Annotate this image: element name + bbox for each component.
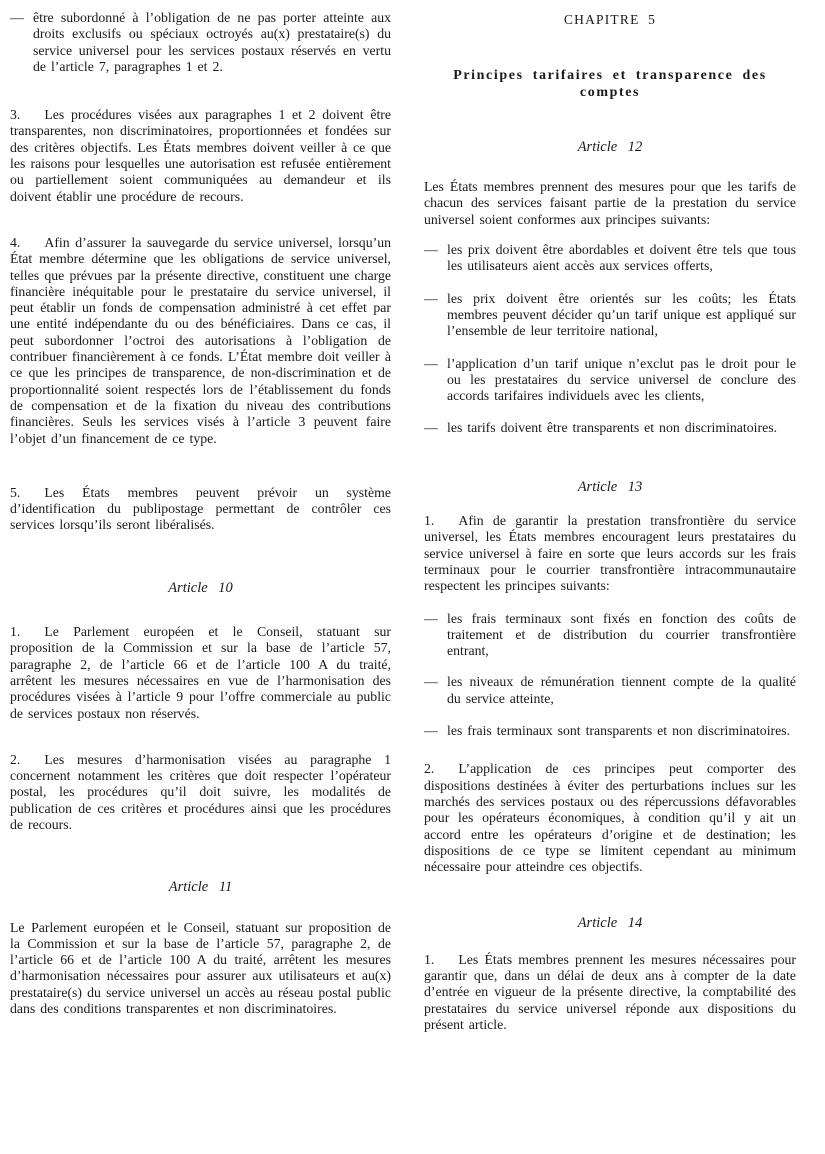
article-heading: Article 12 xyxy=(424,139,796,155)
paragraph-number: 1. xyxy=(424,952,434,967)
paragraph-text: Le Parlement européen et le Conseil, sta… xyxy=(10,624,391,720)
paragraph: 5.Les États membres peuvent prévoir un s… xyxy=(10,485,391,534)
paragraph-number: 5. xyxy=(10,485,20,500)
paragraph-text: L’application de ces principes peut comp… xyxy=(424,761,796,874)
article-heading: Article 13 xyxy=(424,479,796,495)
list-item: —l’application d’un tarif unique n’exclu… xyxy=(424,356,796,405)
dash-marker: — xyxy=(424,420,447,436)
paragraph-text: Le Parlement européen et le Conseil, sta… xyxy=(10,920,391,1016)
paragraph-number: 1. xyxy=(10,624,20,639)
dash-marker: — xyxy=(10,10,33,26)
document-page: —être subordonné à l’obligation de ne pa… xyxy=(0,0,825,1154)
dash-marker: — xyxy=(424,611,447,627)
list-item: —les frais terminaux sont fixés en fonct… xyxy=(424,611,796,660)
list-item: —être subordonné à l’obligation de ne pa… xyxy=(10,10,391,75)
paragraph-number: 4. xyxy=(10,235,20,250)
paragraph-text: Les États membres prennent les mesures n… xyxy=(424,952,796,1032)
paragraph-text: Afin d’assurer la sauvegarde du service … xyxy=(10,235,391,446)
dash-marker: — xyxy=(424,356,447,372)
paragraph: 3.Les procédures visées aux paragraphes … xyxy=(10,107,391,205)
paragraph: Le Parlement européen et le Conseil, sta… xyxy=(10,920,391,1018)
paragraph-number: 2. xyxy=(424,761,434,776)
paragraph: Les États membres prennent des mesures p… xyxy=(424,179,796,228)
list-item: —les tarifs doivent être transparents et… xyxy=(424,420,796,436)
paragraph-number: 3. xyxy=(10,107,20,122)
paragraph-text: Les États membres peuvent prévoir un sys… xyxy=(10,485,391,533)
paragraph: 1.Le Parlement européen et le Conseil, s… xyxy=(10,624,391,722)
list-item: —les prix doivent être orientés sur les … xyxy=(424,291,796,340)
paragraph-text: Les mesures d’harmonisation visées au pa… xyxy=(10,752,391,832)
list-item-text: être subordonné à l’obligation de ne pas… xyxy=(33,10,391,74)
article-heading: Article 10 xyxy=(10,580,391,596)
list-item: —les prix doivent être abordables et doi… xyxy=(424,242,796,275)
article-heading: Article 11 xyxy=(10,879,391,895)
chapter-title: Principes tarifaires et transparence des… xyxy=(424,68,796,101)
paragraph-text: Les États membres prennent des mesures p… xyxy=(424,179,796,227)
paragraph: 1.Les États membres prennent les mesures… xyxy=(424,952,796,1033)
list-item-text: les tarifs doivent être transparents et … xyxy=(447,420,777,435)
paragraph: 4.Afin d’assurer la sauvegarde du servic… xyxy=(10,235,391,447)
paragraph: 2.L’application de ces principes peut co… xyxy=(424,761,796,875)
paragraph-number: 2. xyxy=(10,752,20,767)
left-column: —être subordonné à l’obligation de ne pa… xyxy=(10,10,391,1017)
list-item-text: les frais terminaux sont fixés en foncti… xyxy=(447,611,796,659)
paragraph: 2.Les mesures d’harmonisation visées au … xyxy=(10,752,391,833)
list-item: —les niveaux de rémunération tiennent co… xyxy=(424,674,796,707)
paragraph: 1.Afin de garantir la prestation transfr… xyxy=(424,513,796,594)
list-item: —les frais terminaux sont transparents e… xyxy=(424,723,796,739)
dash-marker: — xyxy=(424,723,447,739)
list-item-text: les prix doivent être abordables et doiv… xyxy=(447,242,796,273)
chapter-number: CHAPITRE 5 xyxy=(424,12,796,28)
right-column: CHAPITRE 5 Principes tarifaires et trans… xyxy=(424,10,796,1033)
dash-marker: — xyxy=(424,674,447,690)
dash-marker: — xyxy=(424,291,447,307)
paragraph-text: Afin de garantir la prestation transfron… xyxy=(424,513,796,593)
paragraph-number: 1. xyxy=(424,513,434,528)
list-item-text: les niveaux de rémunération tiennent com… xyxy=(447,674,796,705)
paragraph-text: Les procédures visées aux paragraphes 1 … xyxy=(10,107,391,203)
list-item-text: l’application d’un tarif unique n’exclut… xyxy=(447,356,796,404)
list-item-text: les prix doivent être orientés sur les c… xyxy=(447,291,796,339)
article-heading: Article 14 xyxy=(424,915,796,931)
dash-marker: — xyxy=(424,242,447,258)
list-item-text: les frais terminaux sont transparents et… xyxy=(447,723,790,738)
